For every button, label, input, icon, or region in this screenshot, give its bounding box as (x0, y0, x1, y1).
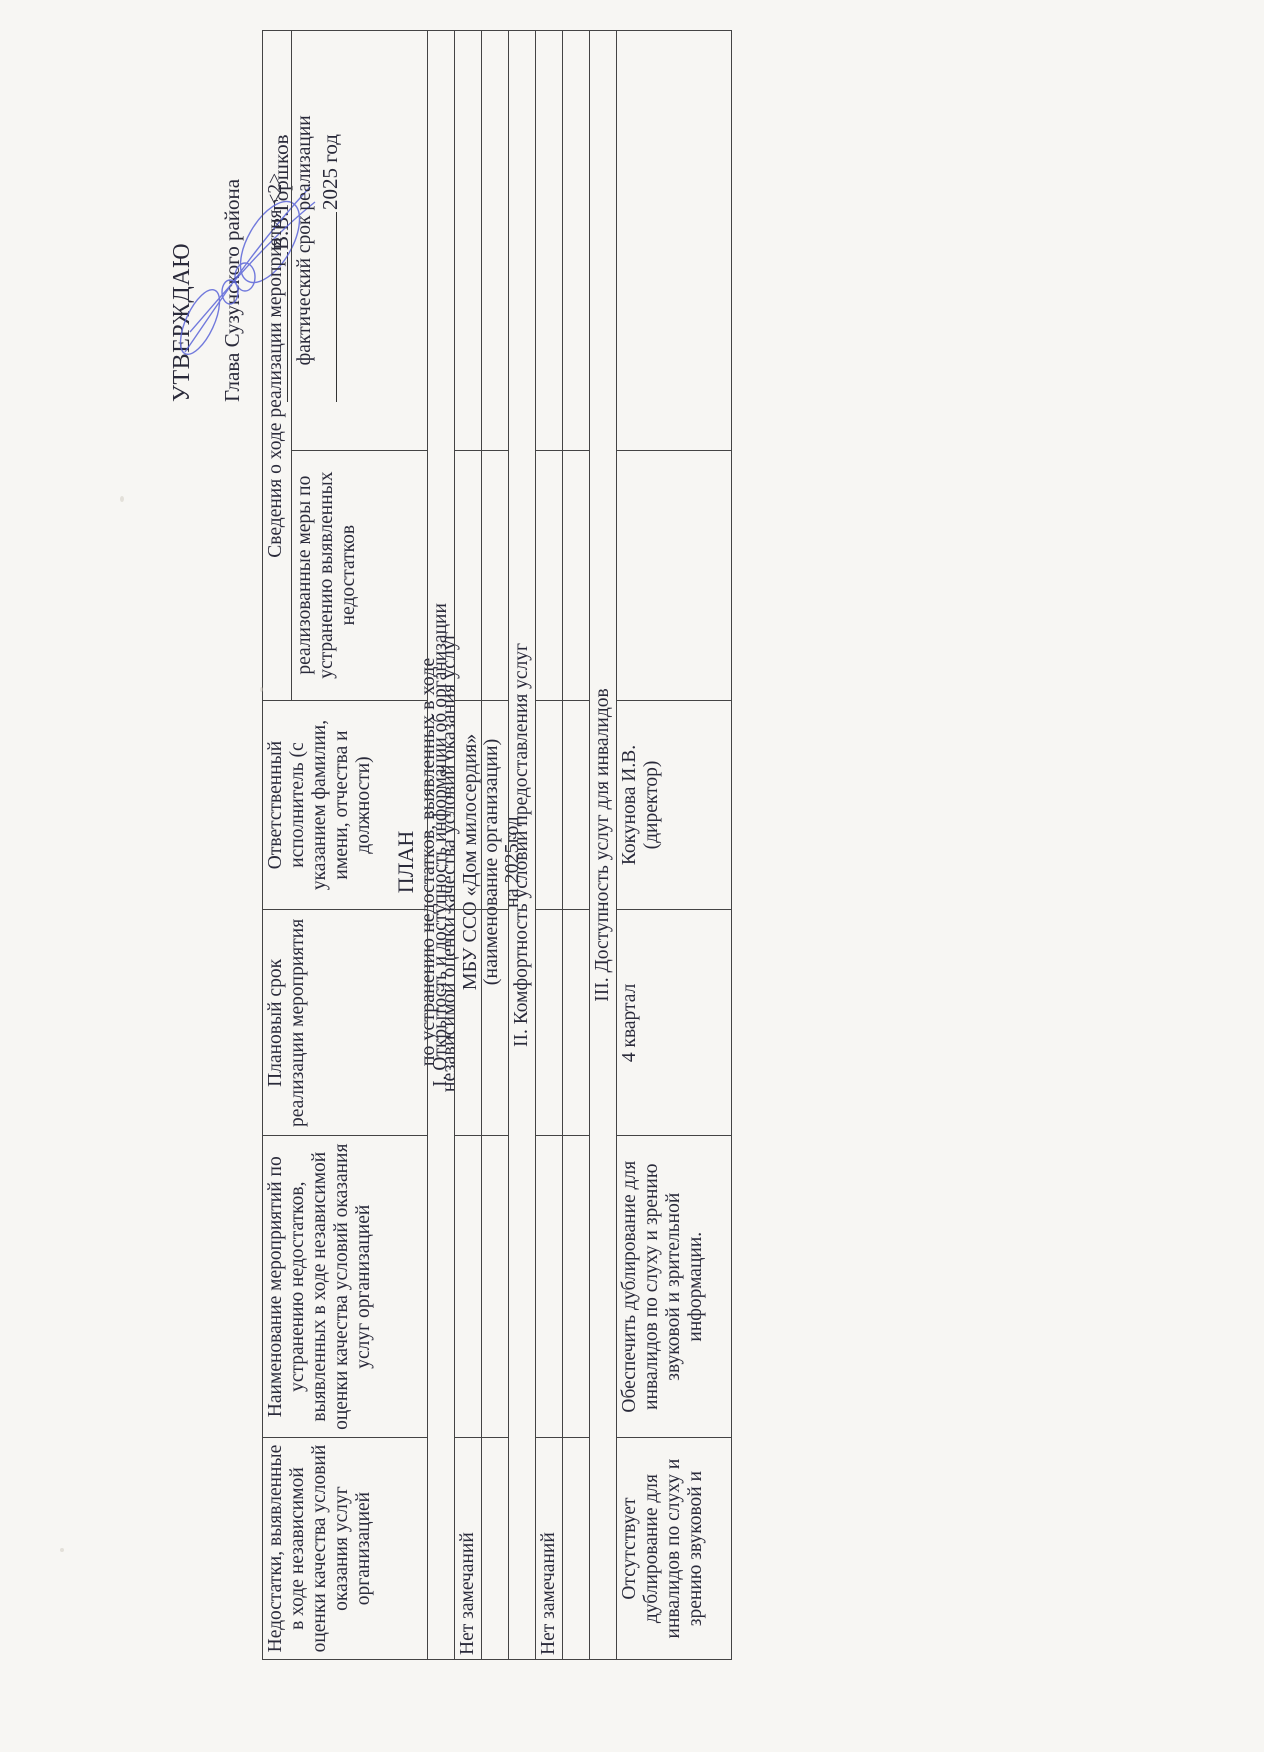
cell-planned: 4 квартал (617, 910, 732, 1136)
table-row: Нет замечаний (455, 31, 482, 1660)
header-implemented-measures: реализованные меры по устранению выявлен… (292, 450, 428, 700)
cell-blank (563, 910, 590, 1136)
cell-measure (455, 1136, 482, 1438)
cell-responsible: Кокунова И.В. (директор) (617, 700, 732, 910)
cell-deficiency: Отсутствует дублирование для инвалидов п… (617, 1438, 732, 1660)
header-progress-group: Сведения о ходе реализации мероприятия <… (263, 31, 292, 701)
cell-blank (563, 450, 590, 700)
cell-actual (536, 31, 563, 451)
cell-responsible (455, 700, 482, 910)
cell-blank (563, 1438, 590, 1660)
cell-blank (482, 450, 509, 700)
scan-speck (260, 687, 263, 692)
cell-blank (563, 1136, 590, 1438)
cell-responsible (536, 700, 563, 910)
cell-blank (482, 1136, 509, 1438)
cell-blank (482, 910, 509, 1136)
section-row: III. Доступность услуг для инвалидов (590, 31, 617, 1660)
cell-measure: Обеспечить дублирование для инвалидов по… (617, 1136, 732, 1438)
cell-actual (455, 31, 482, 451)
section-row: II. Комфортность условий предоставления … (509, 31, 536, 1660)
header-responsible: Ответственный исполнитель (с указанием ф… (263, 700, 428, 910)
table-row: Нет замечаний (536, 31, 563, 1660)
cell-planned (536, 910, 563, 1136)
cell-implemented (536, 450, 563, 700)
table-row: Отсутствует дублирование для инвалидов п… (617, 31, 732, 1660)
section-title: I. Открытость и доступность информации о… (428, 31, 455, 1660)
table-row-blank (482, 31, 509, 1660)
cell-measure (536, 1136, 563, 1438)
cell-implemented (455, 450, 482, 700)
header-deficiencies: Недостатки, выявленные в ходе независимо… (263, 1438, 428, 1660)
cell-blank (563, 700, 590, 910)
cell-blank (563, 31, 590, 451)
cell-blank (482, 700, 509, 910)
section-title: II. Комфортность условий предоставления … (509, 31, 536, 1660)
cell-blank (482, 1438, 509, 1660)
cell-blank (482, 31, 509, 451)
table-header-row: Недостатки, выявленные в ходе независимо… (263, 31, 292, 1660)
section-row: I. Открытость и доступность информации о… (428, 31, 455, 1660)
table-row-blank (563, 31, 590, 1660)
header-measures: Наименование мероприятий по устранению н… (263, 1136, 428, 1438)
scanned-page: УТВЕРЖДАЮ Глава Сузунского района В.В.Го… (0, 0, 1264, 1752)
cell-actual (617, 31, 732, 451)
header-planned-deadline: Плановый срок реализации мероприятия (263, 910, 428, 1136)
header-actual-deadline: фактический срок реализации (292, 31, 428, 451)
cell-deficiency: Нет замечаний (536, 1438, 563, 1660)
scan-speck (120, 496, 124, 502)
plan-table: Недостатки, выявленные в ходе независимо… (262, 30, 732, 1660)
cell-implemented (617, 450, 732, 700)
scan-speck (60, 1548, 64, 1552)
cell-planned (455, 910, 482, 1136)
section-title: III. Доступность услуг для инвалидов (590, 31, 617, 1660)
cell-deficiency: Нет замечаний (455, 1438, 482, 1660)
